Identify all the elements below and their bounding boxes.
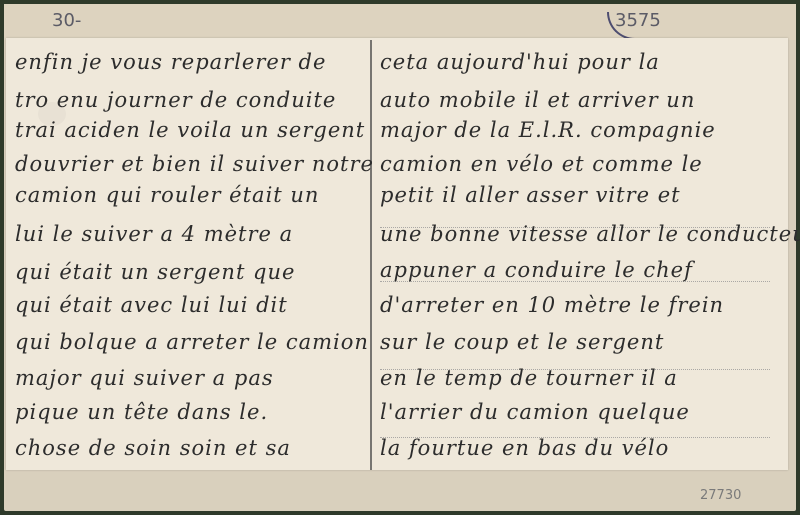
- handwritten-line: qui était un sergent que: [15, 260, 295, 284]
- annotation-top-left: 30-: [52, 10, 81, 31]
- handwritten-line: camion en vélo et comme le: [380, 152, 703, 176]
- handwritten-line: l'arrier du camion quelque: [380, 400, 690, 424]
- handwritten-line: major de la E.l.R. compagnie: [380, 118, 716, 142]
- postcard-divider: [370, 40, 372, 470]
- handwritten-line: ceta aujourd'hui pour la: [380, 50, 660, 74]
- handwritten-line: d'arreter en 10 mètre le frein: [380, 293, 724, 317]
- handwritten-line: une bonne vitesse allor le conducteur: [380, 222, 800, 246]
- handwritten-line: major qui suiver a pas: [15, 366, 274, 390]
- handwritten-line: en le temp de tourner il a: [380, 366, 678, 390]
- handwritten-line: chose de soin soin et sa: [15, 436, 291, 460]
- handwritten-line: sur le coup et le sergent: [380, 330, 664, 354]
- handwritten-line: camion qui rouler était un: [15, 183, 319, 207]
- handwritten-line: tro enu journer de conduite: [15, 88, 336, 112]
- handwritten-line: la fourtue en bas du vélo: [380, 436, 669, 460]
- handwritten-line: qui bolque a arreter le camion: [15, 330, 369, 354]
- handwritten-line: douvrier et bien il suiver notre: [15, 152, 374, 176]
- handwritten-line: auto mobile il et arriver un: [380, 88, 695, 112]
- handwritten-line: enfin je vous reparlerer de: [15, 50, 326, 74]
- handwritten-line: petit il aller asser vitre et: [380, 183, 681, 207]
- handwritten-line: qui était avec lui lui dit: [15, 293, 288, 317]
- annotation-bottom: 27730: [700, 488, 741, 503]
- handwritten-line: trai aciden le voila un sergent: [15, 118, 365, 142]
- annotation-top-right: 3575: [615, 10, 661, 31]
- handwritten-line: lui le suiver a 4 mètre a: [15, 222, 293, 246]
- handwritten-line: appuner a conduire le chef: [380, 258, 693, 282]
- handwritten-line: pique un tête dans le.: [15, 400, 268, 424]
